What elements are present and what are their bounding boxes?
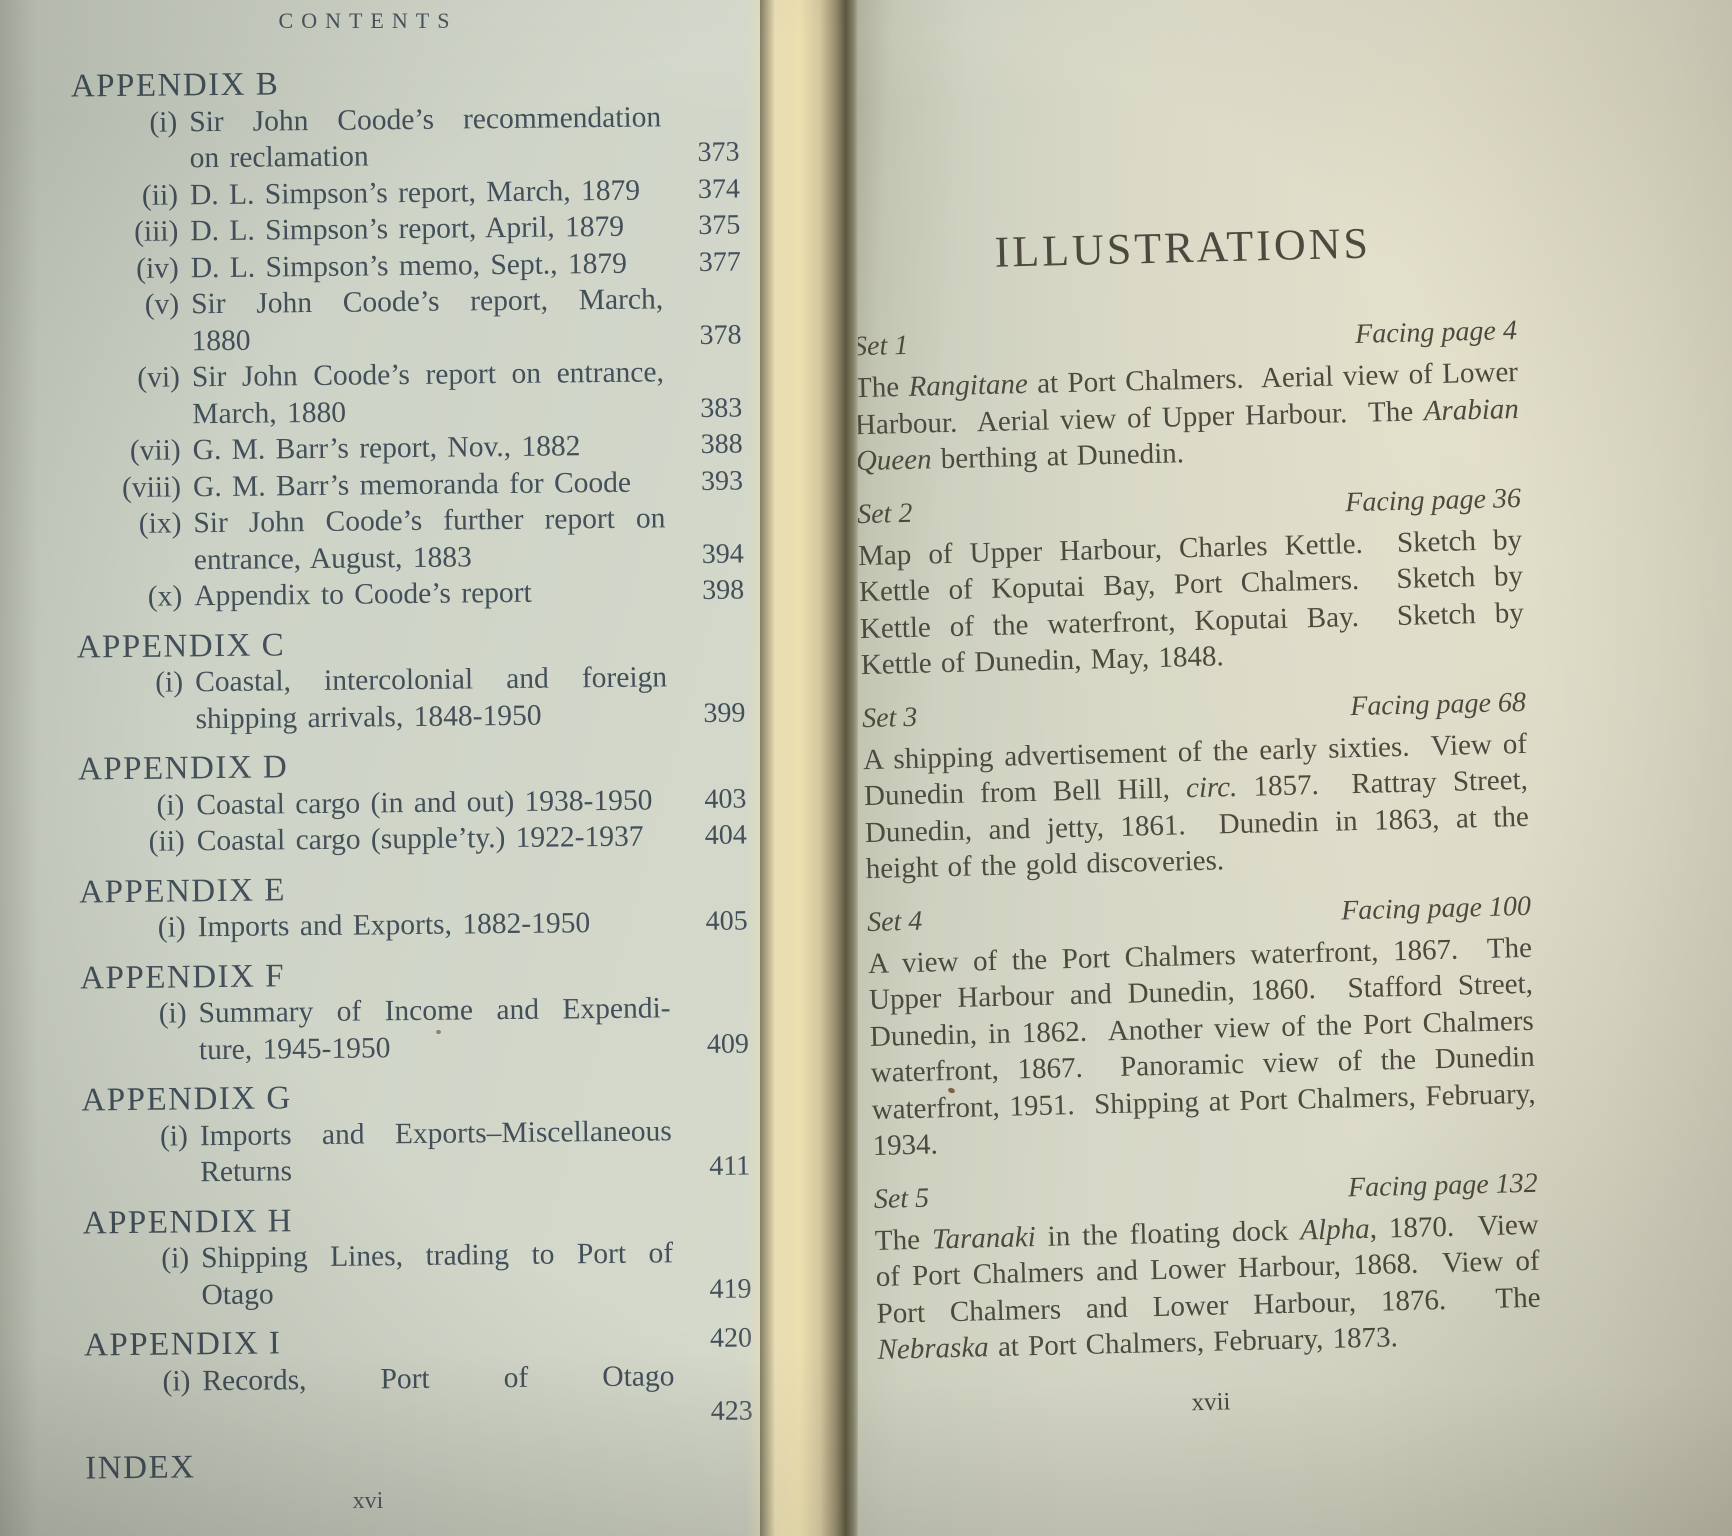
toc-entry: (i)Coastal, intercolonial and foreignshi… bbox=[77, 659, 746, 739]
entry-line: entrance, August, 1883 bbox=[194, 537, 666, 578]
entry-page-number: 419 bbox=[673, 1271, 751, 1308]
illustration-set: Set 2Facing page 36Map of Upper Harbour,… bbox=[857, 483, 1525, 683]
plain-text: The bbox=[854, 371, 909, 404]
facing-page-label: Facing page 100 bbox=[1341, 891, 1531, 925]
set-description: A view of the Port Chalmers waterfront, … bbox=[868, 929, 1537, 1164]
section-title: INDEX bbox=[85, 1444, 675, 1487]
facing-page-label: Facing page 68 bbox=[1350, 687, 1526, 720]
entry-text: Summary of Income and Expendi-ture, 1945… bbox=[198, 990, 671, 1068]
entry-numeral: (ix) bbox=[75, 505, 193, 543]
set-label: Set 5 bbox=[874, 1183, 930, 1213]
entry-text: D. L. Simpson’s report, April, 1879 bbox=[190, 208, 662, 249]
toc-entry: (i)Records, Port of Otago 423 bbox=[84, 1357, 753, 1437]
entry-page-number: 373 bbox=[661, 135, 739, 172]
italic-text: Nebraska bbox=[877, 1331, 989, 1366]
entry-page-number: 411 bbox=[672, 1148, 750, 1185]
set-heading: Set 4Facing page 100 bbox=[867, 891, 1532, 936]
toc-entry: (i)Imports and Exports–MiscellaneousRetu… bbox=[82, 1112, 751, 1192]
entry-line: G. M. Barr’s memoranda for Coode bbox=[193, 464, 665, 505]
entry-page-number: 374 bbox=[662, 171, 740, 208]
entry-numeral: (vi) bbox=[74, 359, 192, 397]
entry-line: March, 1880 bbox=[192, 391, 664, 432]
entry-text: G. M. Barr’s memoranda for Coode bbox=[193, 464, 665, 505]
toc-entry: (v)Sir John Coode’s report, March,188037… bbox=[73, 281, 742, 361]
contents-header: CONTENTS bbox=[78, 8, 658, 34]
entry-numeral: (i) bbox=[71, 104, 189, 142]
entry-line: Otago bbox=[201, 1272, 673, 1313]
entry-page-number: 423 bbox=[675, 1393, 753, 1430]
entry-text: Sir John Coode’s report, March,1880 bbox=[191, 281, 664, 359]
entry-page-number: 394 bbox=[666, 536, 744, 573]
entry-line: shipping arrivals, 1848-1950 bbox=[195, 696, 667, 737]
toc-entry: (ix)Sir John Coode’s further report onen… bbox=[75, 500, 744, 580]
entry-numeral: (i) bbox=[80, 995, 198, 1033]
entry-page-number: 393 bbox=[665, 463, 743, 500]
entry-page-number: 383 bbox=[664, 390, 742, 427]
entry-page-number: 378 bbox=[663, 317, 741, 354]
set-label: Set 3 bbox=[862, 702, 918, 732]
entry-line: D. L. Simpson’s memo, Sept., 1879 bbox=[191, 245, 663, 286]
entry-numeral: (i) bbox=[79, 909, 197, 947]
entry-numeral: (i) bbox=[78, 787, 196, 825]
plain-text: in the floating dock bbox=[1035, 1214, 1300, 1252]
entry-line: Coastal, intercolonial and foreign bbox=[195, 659, 667, 700]
section-title: APPENDIX B bbox=[71, 62, 661, 105]
set-heading: Set 3Facing page 68 bbox=[862, 687, 1527, 732]
entry-line: Imports and Exports–Miscellaneous bbox=[200, 1113, 672, 1154]
section-page-number: 420 bbox=[674, 1320, 752, 1357]
italic-text: Taranaki bbox=[932, 1221, 1036, 1256]
entry-line: Sir John Coode’s further report on bbox=[193, 500, 665, 541]
entry-numeral: (i) bbox=[77, 664, 195, 702]
entry-text: Appendix to Coode’s report bbox=[194, 573, 666, 614]
entry-page-number: 375 bbox=[662, 208, 740, 245]
illustrations-header: ILLUSTRATIONS bbox=[850, 216, 1515, 280]
plain-text: A view of the Port Chalmers waterfront, … bbox=[868, 931, 1536, 1162]
entry-numeral: (ii) bbox=[72, 177, 190, 215]
book-gutter bbox=[746, 0, 858, 1536]
set-label: Set 2 bbox=[857, 498, 913, 528]
entry-line: Imports and Exports, 1882-1950 bbox=[197, 904, 669, 945]
facing-page-label: Facing page 36 bbox=[1345, 483, 1521, 516]
left-page-number: xvi bbox=[78, 1488, 658, 1515]
illustration-set: Set 4Facing page 100A view of the Port C… bbox=[867, 891, 1537, 1164]
entry-page-number: 377 bbox=[663, 244, 741, 281]
toc-entry: (ii)Coastal cargo (supple’ty.) 1922-1937… bbox=[79, 817, 747, 860]
entry-numeral: (x) bbox=[76, 578, 194, 616]
set-label: Set 4 bbox=[867, 906, 923, 936]
section-title: APPENDIX I bbox=[84, 1321, 674, 1364]
entry-numeral: (iii) bbox=[72, 213, 190, 251]
entry-text: Shipping Lines, trading to Port ofOtago bbox=[201, 1235, 674, 1313]
entry-page-number: 399 bbox=[667, 695, 745, 732]
italic-text: circ. bbox=[1186, 771, 1238, 804]
entry-numeral: (v) bbox=[73, 286, 191, 324]
plain-text: at Port Chalmers, February, 1873. bbox=[988, 1321, 1398, 1363]
entry-text: Records, Port of Otago bbox=[202, 1358, 675, 1436]
section-title: APPENDIX G bbox=[81, 1076, 671, 1119]
entry-numeral: (vii) bbox=[74, 432, 192, 470]
entry-page-number: 388 bbox=[664, 427, 742, 464]
paper-speck bbox=[436, 1030, 441, 1034]
entry-line: Shipping Lines, trading to Port of bbox=[201, 1235, 673, 1276]
entry-numeral: (i) bbox=[82, 1118, 200, 1156]
illustration-set: Set 5Facing page 132The Taranaki in the … bbox=[874, 1168, 1542, 1368]
toc-entry: (vi)Sir John Coode’s report on entrance,… bbox=[74, 354, 743, 434]
entry-text: Coastal cargo (in and out) 1938-1950 bbox=[196, 782, 668, 823]
entry-line: on reclamation bbox=[189, 135, 661, 176]
entry-line bbox=[203, 1394, 675, 1435]
set-description: The Taranaki in the floating dock Alpha,… bbox=[874, 1206, 1541, 1368]
facing-page-label: Facing page 4 bbox=[1355, 316, 1517, 349]
entry-text: D. L. Simpson’s memo, Sept., 1879 bbox=[191, 245, 663, 286]
entry-line: Sir John Coode’s report on entrance, bbox=[192, 354, 664, 395]
entry-text: Coastal, intercolonial and foreignshippi… bbox=[195, 659, 668, 737]
section-title: APPENDIX E bbox=[79, 868, 669, 911]
toc-section: INDEX bbox=[85, 1443, 753, 1486]
section-title: APPENDIX D bbox=[78, 745, 668, 788]
entry-line: 1880 bbox=[191, 318, 663, 359]
entry-text: D. L. Simpson’s report, March, 1879 bbox=[190, 172, 662, 213]
entry-line: Returns bbox=[200, 1149, 672, 1190]
set-heading: Set 1Facing page 4 bbox=[853, 316, 1518, 361]
set-description: The Rangitane at Port Chalmers. Aerial v… bbox=[854, 354, 1520, 480]
entry-text: Sir John Coode’s recommendationon reclam… bbox=[189, 99, 662, 177]
illustrations-content: ILLUSTRATIONS Set 1Facing page 4The Rang… bbox=[845, 0, 1543, 1424]
section-title: APPENDIX F bbox=[80, 954, 670, 997]
entry-line: Summary of Income and Expendi- bbox=[198, 990, 670, 1031]
entry-text: Sir John Coode’s report on entrance,Marc… bbox=[192, 354, 665, 432]
set-heading: Set 2Facing page 36 bbox=[857, 483, 1522, 528]
illustration-set: Set 3Facing page 68A shipping advertisem… bbox=[862, 687, 1530, 887]
italic-text: Rangitane bbox=[908, 368, 1028, 403]
entry-text: G. M. Barr’s report, Nov., 1882 bbox=[192, 427, 664, 468]
entry-numeral: (i) bbox=[83, 1240, 201, 1278]
section-page-number bbox=[675, 1479, 753, 1480]
right-page: ILLUSTRATIONS Set 1Facing page 4The Rang… bbox=[846, 0, 1732, 1536]
illustration-set: Set 1Facing page 4The Rangitane at Port … bbox=[853, 316, 1520, 480]
toc-entry: (i)Sir John Coode’s recommendationon rec… bbox=[71, 98, 740, 178]
set-description: Map of Upper Harbour, Charles Kettle. Sk… bbox=[858, 521, 1525, 683]
entry-numeral: (ii) bbox=[79, 823, 197, 861]
plain-text: berthing at Dunedin. bbox=[931, 437, 1184, 475]
toc-entry: (i)Imports and Exports, 1882-1950405 bbox=[79, 903, 747, 946]
plain-text: Map of Upper Harbour, Charles Kettle. Sk… bbox=[858, 523, 1524, 681]
set-description: A shipping advertisement of the early si… bbox=[863, 725, 1530, 887]
illustration-sets: Set 1Facing page 4The Rangitane at Port … bbox=[853, 316, 1542, 1368]
entry-page-number: 405 bbox=[669, 903, 747, 940]
section-title: APPENDIX H bbox=[83, 1199, 673, 1242]
entry-numeral: (i) bbox=[84, 1363, 202, 1401]
entry-page-number: 409 bbox=[671, 1026, 749, 1063]
entry-line: Appendix to Coode’s report bbox=[194, 573, 666, 614]
toc-entry: (x)Appendix to Coode’s report398 bbox=[76, 573, 744, 616]
facing-page-label: Facing page 132 bbox=[1348, 1168, 1538, 1202]
italic-text: Alpha bbox=[1300, 1212, 1370, 1246]
entry-page-number: 398 bbox=[666, 573, 744, 610]
entry-line: ture, 1945-1950 bbox=[199, 1027, 671, 1068]
entry-page-number: 403 bbox=[668, 781, 746, 818]
toc-rows: APPENDIX B(i)Sir John Coode’s recommenda… bbox=[71, 49, 754, 1487]
entry-line: Coastal cargo (in and out) 1938-1950 bbox=[196, 782, 668, 823]
entry-line: D. L. Simpson’s report, April, 1879 bbox=[190, 208, 662, 249]
entry-line: Coastal cargo (supple’ty.) 1922-1937 bbox=[197, 818, 669, 859]
entry-line: Sir John Coode’s recommendation bbox=[189, 99, 661, 140]
entry-text: Imports and Exports–MiscellaneousReturns bbox=[200, 1113, 673, 1191]
plain-text: The bbox=[875, 1223, 933, 1256]
entry-text: Coastal cargo (supple’ty.) 1922-1937 bbox=[197, 818, 669, 859]
toc-entry: (i)Shipping Lines, trading to Port ofOta… bbox=[83, 1234, 752, 1314]
toc-entry: (i)Summary of Income and Expendi-ture, 1… bbox=[80, 989, 749, 1069]
entry-page-number: 404 bbox=[669, 817, 747, 854]
entry-line: G. M. Barr’s report, Nov., 1882 bbox=[192, 427, 664, 468]
open-book-photo: CONTENTS APPENDIX B(i)Sir John Coode’s r… bbox=[0, 0, 1732, 1536]
entry-text: Sir John Coode’s further report onentran… bbox=[193, 500, 666, 578]
entry-numeral: (viii) bbox=[75, 469, 193, 507]
set-heading: Set 5Facing page 132 bbox=[874, 1168, 1539, 1213]
entry-line: Records, Port of Otago bbox=[202, 1358, 674, 1399]
entry-line: Sir John Coode’s report, March, bbox=[191, 281, 663, 322]
set-label: Set 1 bbox=[853, 331, 909, 361]
left-page: CONTENTS APPENDIX B(i)Sir John Coode’s r… bbox=[0, 0, 760, 1536]
entry-text: Imports and Exports, 1882-1950 bbox=[197, 904, 669, 945]
entry-numeral: (iv) bbox=[73, 250, 191, 288]
right-page-number: xvii bbox=[879, 1380, 1543, 1424]
section-title: APPENDIX C bbox=[77, 623, 667, 666]
entry-line: D. L. Simpson’s report, March, 1879 bbox=[190, 172, 662, 213]
